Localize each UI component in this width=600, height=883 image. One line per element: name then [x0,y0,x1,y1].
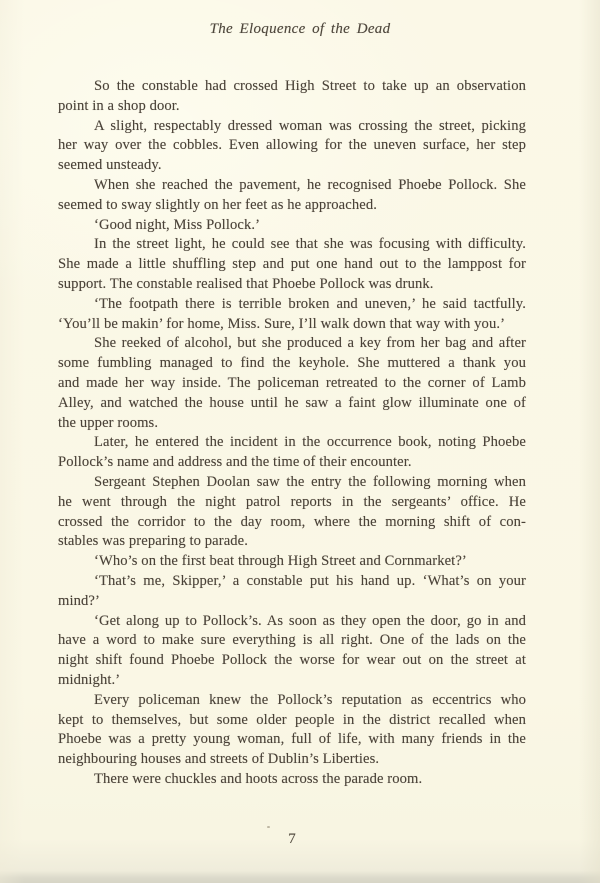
text-line: the upper rooms. [58,414,526,434]
paragraph: Later, he entered the incident in the oc… [58,433,526,473]
running-header: The Eloquence of the Dead [0,21,600,38]
paragraph: ‘The footpath there is terrible broken a… [58,295,526,335]
text-line: Alley, and watched the house until he sa… [58,394,526,414]
paragraph: There were chuckles and hoots across the… [58,770,526,790]
text-line: neighbouring houses and streets of Dubli… [58,750,526,770]
text-line: So the constable had crossed High Street… [58,77,526,97]
paragraph: Every policeman knew the Pollock’s reput… [58,691,526,770]
text-line: some fumbling managed to find the keyhol… [58,354,526,374]
text-line: ‘Get along up to Pollock’s. As soon as t… [58,612,526,632]
text-line: crossed the corridor to the day room, wh… [58,513,526,533]
text-line: have a word to make sure everything is a… [58,631,526,651]
scan-speck [267,826,270,828]
text-line: In the street light, he could see that s… [58,235,526,255]
text-line: ‘You’ll be makin’ for home, Miss. Sure, … [58,315,526,335]
paragraph: ‘Get along up to Pollock’s. As soon as t… [58,612,526,691]
text-line: ‘That’s me, Skipper,’ a constable put hi… [58,572,526,592]
text-line: midnight.’ [58,671,526,691]
text-line: kept to themselves, but some older peopl… [58,711,526,731]
book-page: The Eloquence of the Dead So the constab… [0,0,600,883]
text-line: support. The constable realised that Pho… [58,275,526,295]
text-line: mind?’ [58,592,526,612]
text-line: She reeked of alcohol, but she produced … [58,334,526,354]
paragraph: She reeked of alcohol, but she produced … [58,334,526,433]
text-line: Pollock’s name and address and the time … [58,453,526,473]
body-text: So the constable had crossed High Street… [58,77,526,790]
text-line: Later, he entered the incident in the oc… [58,433,526,453]
paragraph: So the constable had crossed High Street… [58,77,526,117]
text-line: night shift found Phoebe Pollock the wor… [58,651,526,671]
text-line: her way over the cobbles. Even allowing … [58,136,526,156]
text-line: and made her way inside. The policeman r… [58,374,526,394]
paragraph: ‘Good night, Miss Pollock.’ [58,216,526,236]
paragraph: In the street light, he could see that s… [58,235,526,294]
text-line: There were chuckles and hoots across the… [58,770,526,790]
text-line: A slight, respectably dressed woman was … [58,117,526,137]
page-number: 7 [58,831,526,848]
text-line: seemed to sway slightly on her feet as h… [58,196,526,216]
paragraph: Sergeant Stephen Doolan saw the entry th… [58,473,526,552]
text-line: She made a little shuffling step and put… [58,255,526,275]
text-line: Sergeant Stephen Doolan saw the entry th… [58,473,526,493]
paragraph: A slight, respectably dressed woman was … [58,117,526,176]
text-line: Every policeman knew the Pollock’s reput… [58,691,526,711]
paragraph: When she reached the pavement, he recogn… [58,176,526,216]
text-line: ‘Good night, Miss Pollock.’ [58,216,526,236]
text-line: he went through the night patrol reports… [58,493,526,513]
text-line: seemed unsteady. [58,156,526,176]
text-line: ‘Who’s on the first beat through High St… [58,552,526,572]
paragraph: ‘That’s me, Skipper,’ a constable put hi… [58,572,526,612]
text-line: ‘The footpath there is terrible broken a… [58,295,526,315]
text-line: When she reached the pavement, he recogn… [58,176,526,196]
text-line: Phoebe was a pretty young woman, full of… [58,730,526,750]
text-line: point in a shop door. [58,97,526,117]
paragraph: ‘Who’s on the first beat through High St… [58,552,526,572]
text-line: stables was preparing to parade. [58,532,526,552]
